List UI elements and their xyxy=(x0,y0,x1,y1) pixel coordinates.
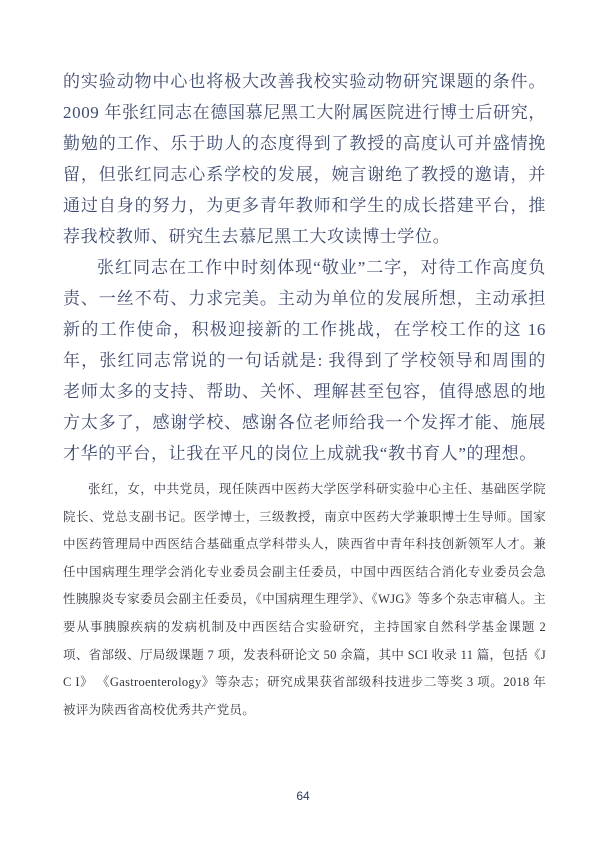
page-number: 64 xyxy=(0,789,606,803)
body-paragraph-continued: 的实验动物中心也将极大改善我校实验动物研究课题的条件。2009 年张红同志在德国… xyxy=(63,66,546,252)
body-paragraph-dedication: 张红同志在工作中时刻体现“敬业”二字，对待工作高度负责、一丝不苟、力求完美。主动… xyxy=(63,252,546,469)
document-page: 的实验动物中心也将极大改善我校实验动物研究课题的条件。2009 年张红同志在德国… xyxy=(0,0,606,854)
document-body: 的实验动物中心也将极大改善我校实验动物研究课题的条件。2009 年张红同志在德国… xyxy=(63,66,546,724)
bio-paragraph: 张红，女，中共党员，现任陕西中医药大学医学科研实验中心主任、基础医学院院长、党总… xyxy=(63,476,546,724)
